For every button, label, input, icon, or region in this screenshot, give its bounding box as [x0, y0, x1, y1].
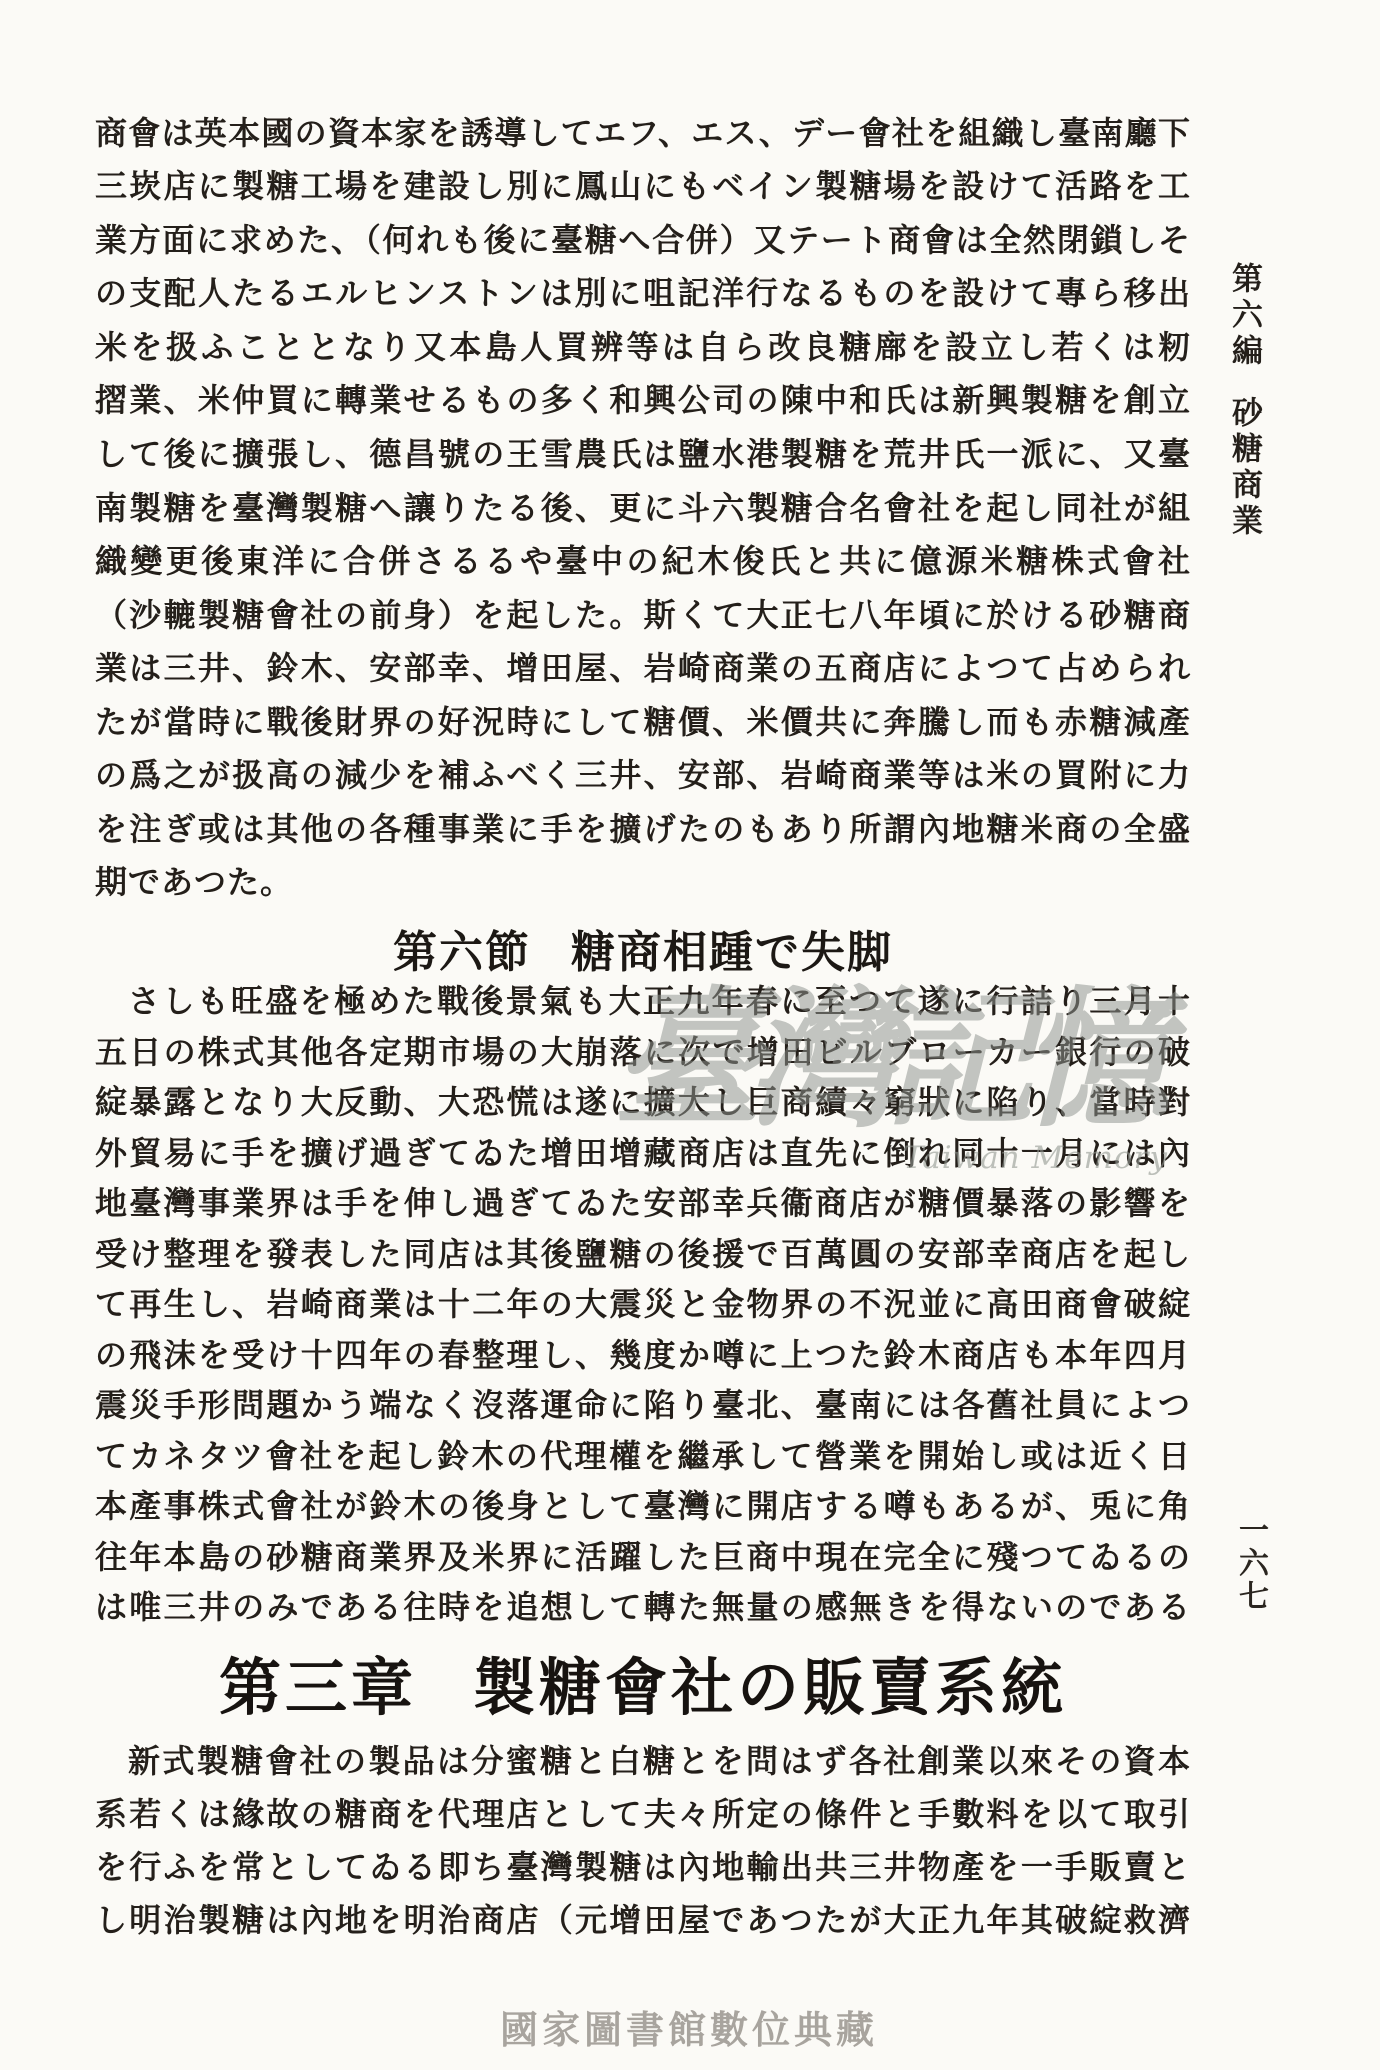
text-line: の支配人たるエルヒンストンは別に咀記洋行なるものを設けて專ら移出 — [95, 270, 1191, 316]
text-line: 摺業、米仲買に轉業せるもの多く和興公司の陳中和氏は新興製糖を創立 — [95, 377, 1191, 423]
text-line: て再生し、岩崎商業は十二年の大震災と金物界の不況並に高田商會破綻 — [95, 1281, 1191, 1327]
page-number: 一六七 — [1228, 1514, 1272, 1613]
text-line: は唯三井のみである往時を追想して轉た無量の感無きを得ないのである — [95, 1584, 1191, 1630]
text-line: （沙轆製糖會社の前身）を起した。斯くて大正七八年頃に於ける砂糖商 — [95, 592, 1191, 638]
text-line: し明治製糖は內地を明治商店（元增田屋であつたが大正九年其破綻救濟 — [95, 1897, 1191, 1943]
text-line: 地臺灣事業界は手を伸し過ぎてゐた安部幸兵衞商店が糖價暴落の影響を — [95, 1180, 1191, 1226]
text-line: 三崁店に製糖工場を建設し別に鳳山にもベイン製糖場を設けて活路を工 — [95, 163, 1191, 209]
text-line: たが當時に戰後財界の好況時にして糖價、米價共に奔騰し而も赤糖減產 — [95, 699, 1191, 745]
text-line: の爲之が扱高の減少を補ふべく三井、安部、岩崎商業等は米の買附に力 — [95, 752, 1191, 798]
text-line: を注ぎ或は其他の各種事業に手を擴げたのもあり所謂內地糖米商の全盛 — [95, 806, 1191, 852]
section-heading: 第六節糖商相踵で失脚 — [95, 916, 1191, 980]
text-line: 震災手形問題かう端なく沒落運命に陷り臺北、臺南には各舊社員によつ — [95, 1382, 1191, 1428]
text-line: 商會は英本國の資本家を誘導してエフ、エス、デー會社を組織し臺南廳下 — [95, 110, 1191, 156]
text-line: 織變更後東洋に合併さるるや臺中の紀木俊氏と共に億源米糖株式會社 — [95, 538, 1191, 584]
text-line: 系若くは緣故の糖商を代理店として夫々所定の條件と手數料を以て取引 — [95, 1791, 1191, 1837]
margin-volume-label: 第六編 — [1222, 262, 1267, 370]
text-line: して後に擴張し、德昌號の王雪農氏は鹽水港製糖を荒井氏一派に、又臺 — [95, 431, 1191, 477]
chapter-title: 製糖會社の販賣系統 — [473, 1651, 1067, 1724]
text-line: の飛沫を受け十四年の春整理し、幾度か噂に上つた鈴木商店も本年四月 — [95, 1332, 1191, 1378]
text-line: 外貿易に手を擴げ過ぎてゐた增田增藏商店は直先に倒れ同十一月には內 — [95, 1130, 1191, 1176]
text-line: 受け整理を發表した同店は其後鹽糖の後援で百萬圓の安部幸商店を起し — [95, 1231, 1191, 1277]
section-title: 糖商相踵で失脚 — [571, 927, 893, 978]
chapter-number: 第三章 — [219, 1651, 417, 1724]
chapter-heading: 第三章製糖會社の販賣系統 — [95, 1638, 1191, 1727]
section-number: 第六節 — [393, 927, 531, 978]
text-line: 南製糖を臺灣製糖へ讓りたる後、更に斗六製糖合名會社を起し同社が組 — [95, 485, 1191, 531]
text-line: てカネタツ會社を起し鈴木の代理權を繼承して營業を開始し或は近く日 — [95, 1433, 1191, 1479]
library-stamp: 國家圖書館數位典藏 — [500, 1999, 878, 2054]
text-line: 米を扱ふこととなり又本島人買辨等は自ら改良糖廍を設立し若くは籾 — [95, 324, 1191, 370]
text-line: 往年本島の砂糖商業界及米界に活躍した巨商中現在完全に殘つてゐるの — [95, 1534, 1191, 1580]
scanned-book-page: 商會は英本國の資本家を誘導してエフ、エス、デー會社を組織し臺南廳下 三崁店に製糖… — [0, 0, 1380, 2070]
text-line: さしも旺盛を極めた戰後景氣も大正九年春に至つて遂に行詰り三月十 — [95, 978, 1191, 1024]
text-line: 期であつた。 — [95, 859, 1191, 905]
text-line: 業は三井、鈴木、安部幸、增田屋、岩崎商業の五商店によつて占められ — [95, 645, 1191, 691]
text-line: 本產事株式會社が鈴木の後身として臺灣に開店する噂もあるが、兎に角 — [95, 1483, 1191, 1529]
text-line: 五日の株式其他各定期市場の大崩落に次で增田ビルブローカー銀行の破 — [95, 1029, 1191, 1075]
text-line: 新式製糖會社の製品は分蜜糖と白糖とを問はず各社創業以來その資本 — [95, 1738, 1191, 1784]
text-line: 綻暴露となり大反動、大恐慌は遂に擴大し巨商續々窮狀に陷り、當時對 — [95, 1079, 1191, 1125]
text-line: を行ふを常としてゐる即ち臺灣製糖は內地輸出共三井物產を一手販賣と — [95, 1844, 1191, 1890]
text-line: 業方面に求めた、（何れも後に臺糖へ合併）又テート商會は全然閉鎖しそ — [95, 217, 1191, 263]
margin-subject-label: 砂糖商業 — [1222, 396, 1267, 540]
